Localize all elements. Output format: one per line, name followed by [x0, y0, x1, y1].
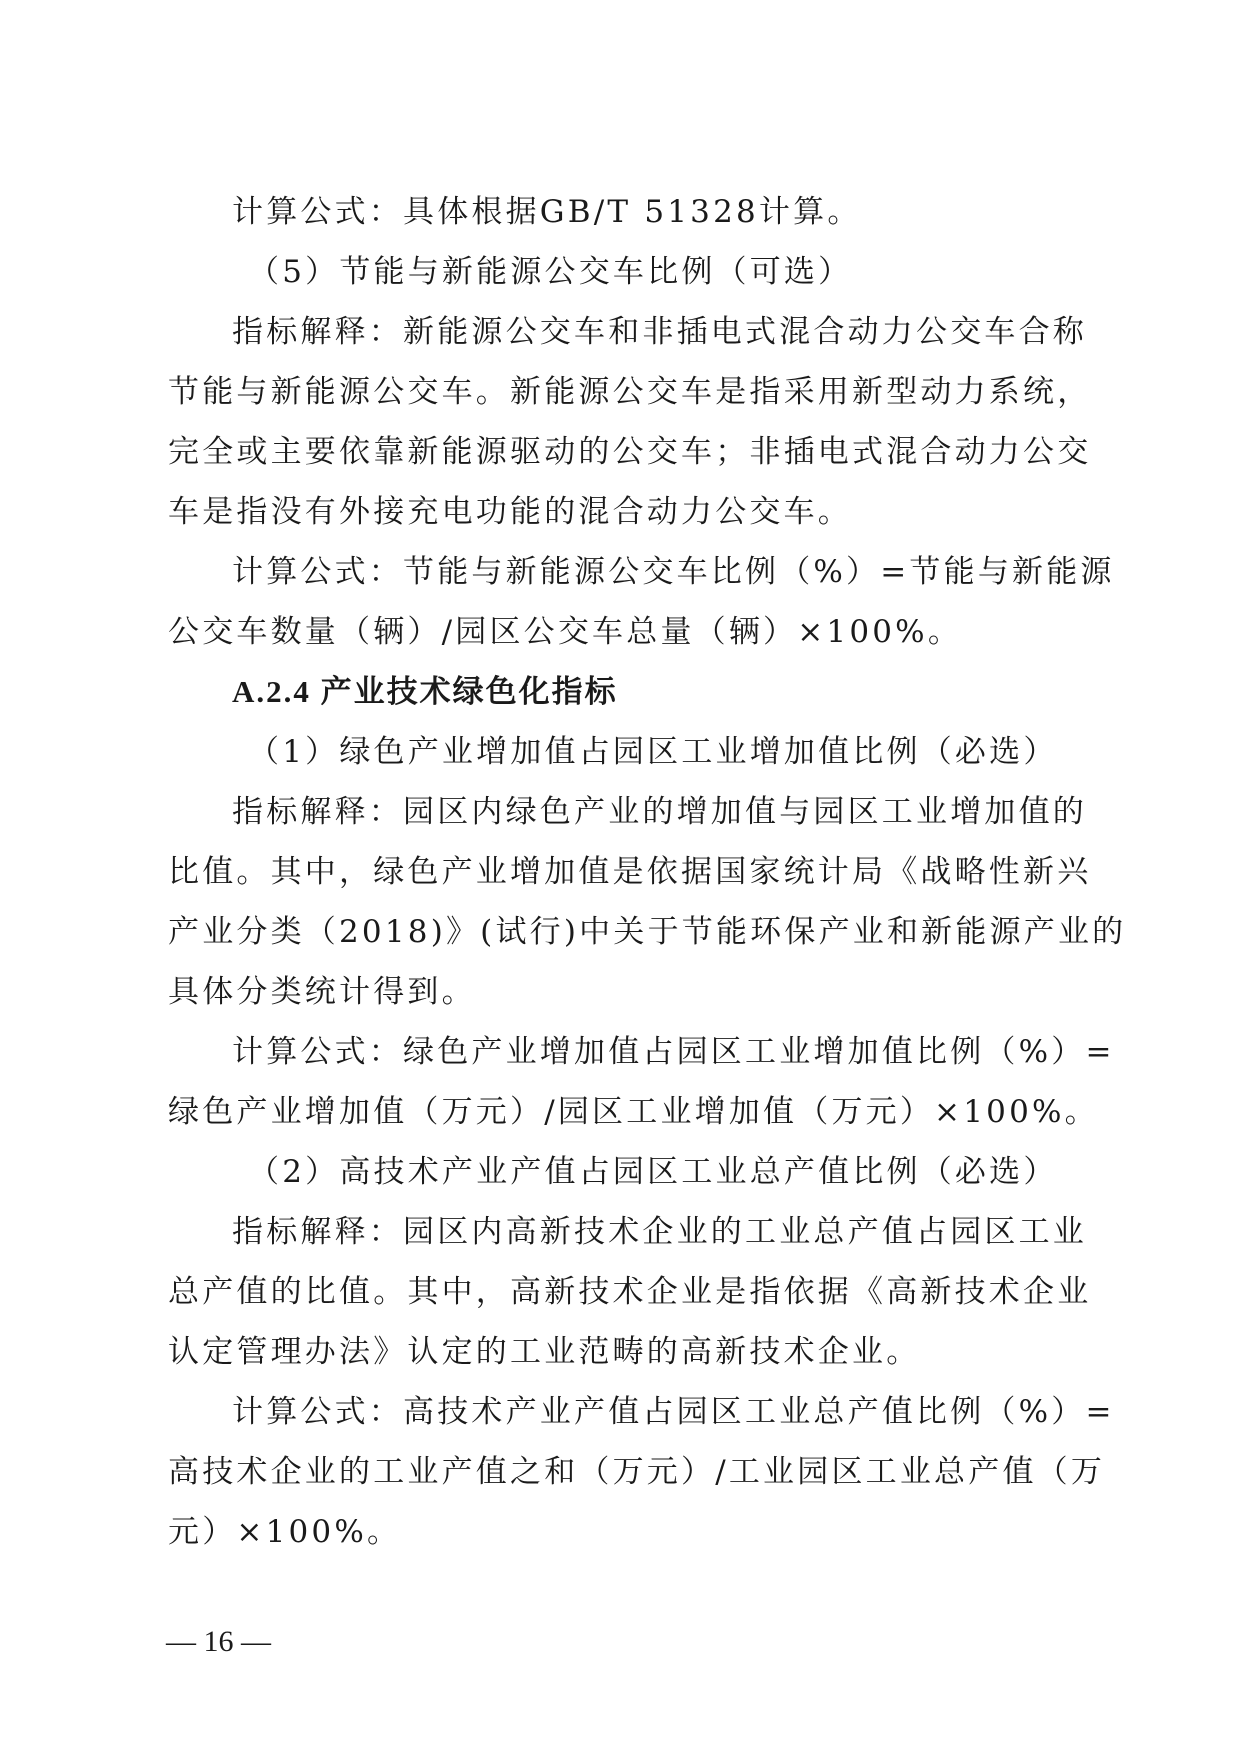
paragraph-text: 总产值的比值。其中，高新技术企业是指依据《高新技术企业: [168, 1272, 1091, 1312]
paragraph-text: 比值。其中，绿色产业增加值是依据国家统计局《战略性新兴: [168, 852, 1091, 892]
item-heading-5: （5）节能与新能源公交车比例（可选）: [248, 252, 852, 292]
item-heading-2: （2）高技术产业产值占园区工业总产值比例（必选）: [248, 1152, 1058, 1192]
formula-line: 高技术企业的工业产值之和（万元）/工业园区工业总产值（万: [168, 1452, 1105, 1492]
page-number: — 16 —: [166, 1624, 271, 1660]
paragraph-text: 指标解释：新能源公交车和非插电式混合动力公交车合称: [232, 312, 1087, 352]
section-heading-a24: A.2.4 产业技术绿色化指标: [232, 672, 618, 712]
paragraph-text: 指标解释：园区内高新技术企业的工业总产值占园区工业: [232, 1212, 1087, 1252]
formula-line: 绿色产业增加值（万元）/园区工业增加值（万元）×100%。: [168, 1092, 1099, 1132]
paragraph-text: 指标解释：园区内绿色产业的增加值与园区工业增加值的: [232, 792, 1087, 832]
paragraph-text: 具体分类统计得到。: [168, 972, 476, 1012]
paragraph-text: 完全或主要依靠新能源驱动的公交车；非插电式混合动力公交: [168, 432, 1091, 472]
formula-line: 计算公式：节能与新能源公交车比例（%）=节能与新能源: [232, 552, 1115, 592]
paragraph-text: 节能与新能源公交车。新能源公交车是指采用新型动力系统，: [168, 372, 1091, 412]
formula-line: 元）×100%。: [168, 1512, 401, 1552]
paragraph-text: 车是指没有外接充电功能的混合动力公交车。: [168, 492, 852, 532]
paragraph-text: 认定管理办法》认定的工业范畴的高新技术企业。: [168, 1332, 920, 1372]
formula-line: 计算公式：高技术产业产值占园区工业总产值比例（%）=: [232, 1392, 1115, 1432]
item-heading-1: （1）绿色产业增加值占园区工业增加值比例（必选）: [248, 732, 1058, 772]
formula-line: 计算公式：绿色产业增加值占园区工业增加值比例（%）=: [232, 1032, 1115, 1072]
formula-line-gbt51328: 计算公式：具体根据GB/T 51328计算。: [232, 192, 862, 232]
formula-line: 公交车数量（辆）/园区公交车总量（辆）×100%。: [168, 612, 962, 652]
paragraph-text: 产业分类（2018)》(试行)中关于节能环保产业和新能源产业的: [168, 912, 1126, 952]
